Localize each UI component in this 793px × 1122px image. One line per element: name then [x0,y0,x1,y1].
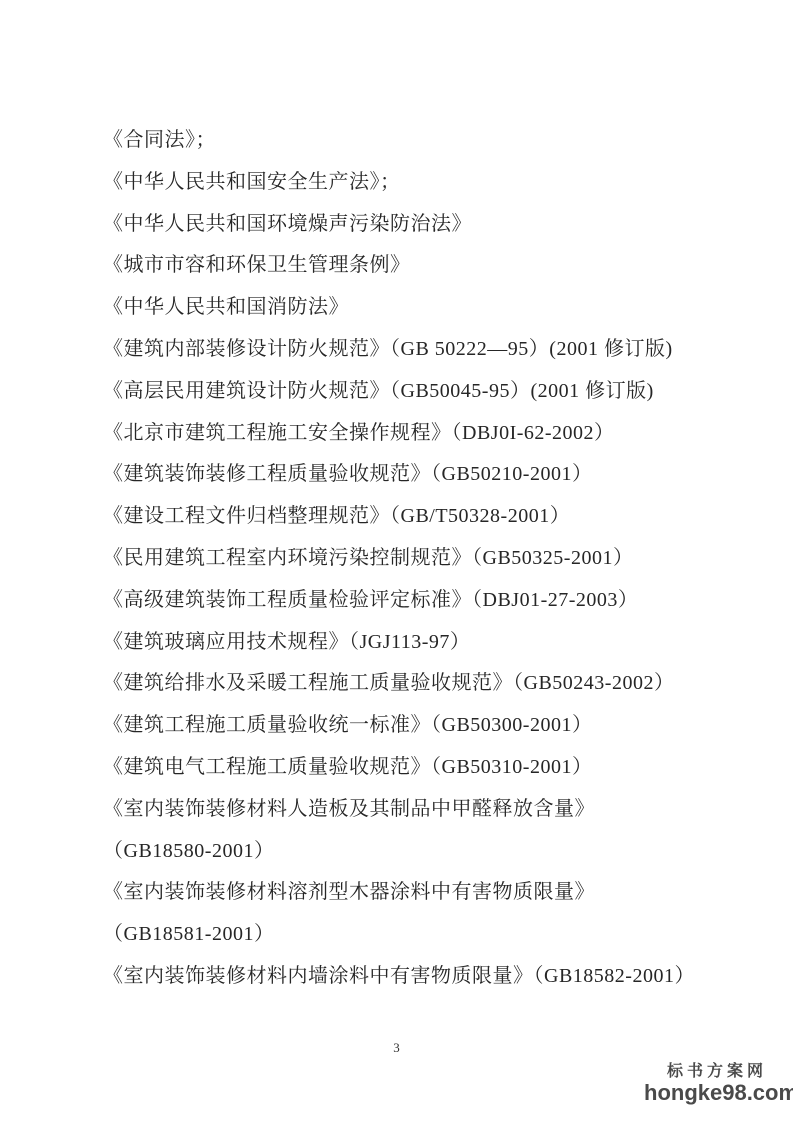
document-line: 《合同法》； [103,129,763,171]
document-page: 《合同法》； 《中华人民共和国安全生产法》； 《中华人民共和国环境燥声污染防治法… [0,0,793,1122]
document-line: 《建筑内部装修设计防火规范》（GB 50222—95）(2001 修订版) [103,338,763,380]
document-line: 《室内装饰装修材料人造板及其制品中甲醛释放含量》 [103,798,763,840]
document-line: （GB18580-2001） [103,840,763,882]
document-line: 《建筑装饰装修工程质量验收规范》（GB50210-2001） [103,463,763,505]
document-body: 《合同法》； 《中华人民共和国安全生产法》； 《中华人民共和国环境燥声污染防治法… [103,129,763,1007]
document-line: （GB18581-2001） [103,923,763,965]
document-line: 《民用建筑工程室内环境污染控制规范》（GB50325-2001） [103,547,763,589]
watermark-site-url: hongke98.com [644,1081,790,1105]
document-line: 《室内装饰装修材料溶剂型木器涂料中有害物质限量》 [103,881,763,923]
page-number: 3 [0,1040,793,1056]
document-line: 《建筑工程施工质量验收统一标准》（GB50300-2001） [103,714,763,756]
document-line: 《室内装饰装修材料内墙涂料中有害物质限量》（GB18582-2001） [103,965,763,1007]
document-line: 《建设工程文件归档整理规范》（GB/T50328-2001） [103,505,763,547]
document-line: 《城市市容和环保卫生管理条例》 [103,254,763,296]
document-line: 《中华人民共和国安全生产法》； [103,171,763,213]
document-line: 《建筑给排水及采暖工程施工质量验收规范》（GB50243-2002） [103,672,763,714]
watermark-site-name: 标书方案网 [644,1063,790,1081]
document-line: 《北京市建筑工程施工安全操作规程》（DBJ0I-62-2002） [103,422,763,464]
document-line: 《建筑电气工程施工质量验收规范》（GB50310-2001） [103,756,763,798]
document-line: 《高层民用建筑设计防火规范》（GB50045-95）(2001 修订版) [103,380,763,422]
document-line: 《中华人民共和国消防法》 [103,296,763,338]
document-line: 《中华人民共和国环境燥声污染防治法》 [103,213,763,255]
document-line: 《高级建筑装饰工程质量检验评定标准》（DBJ01-27-2003） [103,589,763,631]
document-line: 《建筑玻璃应用技术规程》（JGJ113-97） [103,631,763,673]
watermark: 标书方案网 hongke98.com [644,1063,790,1105]
